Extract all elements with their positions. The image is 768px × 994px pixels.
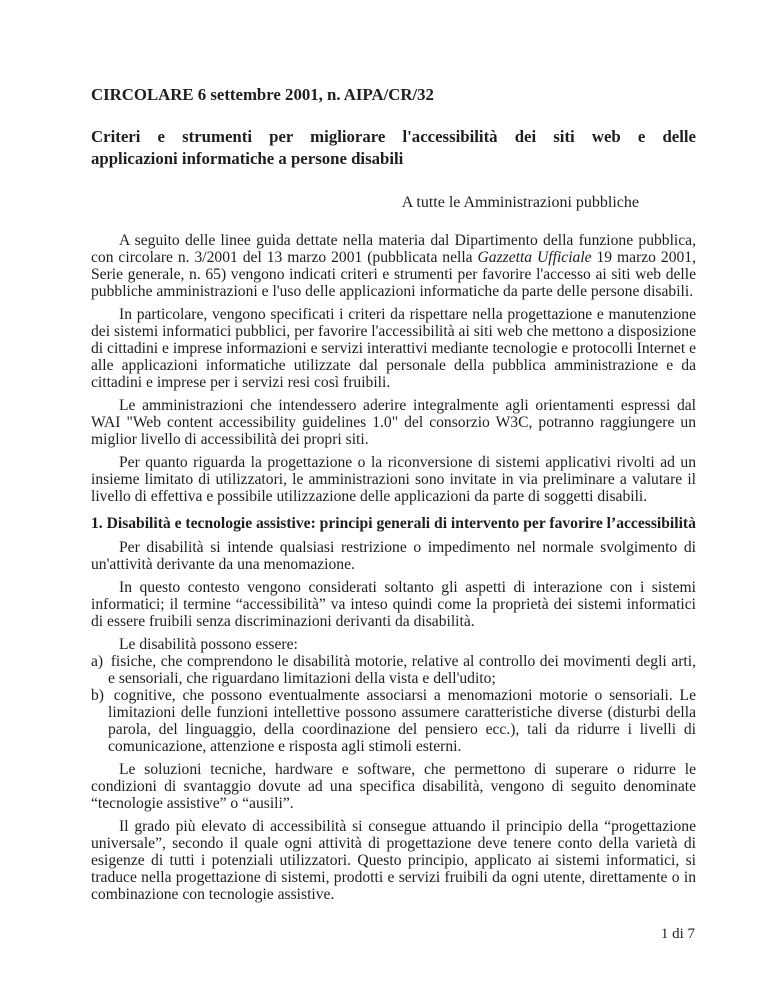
list-marker-b: b): [91, 687, 107, 704]
disability-list-item-b: b) cognitive, che possono eventualmente …: [91, 687, 696, 755]
document-title: CIRCOLARE 6 settembre 2001, n. AIPA/CR/3…: [91, 84, 696, 106]
gazzetta-ufficiale-italic: Gazzetta Ufficiale: [478, 249, 592, 266]
document-subtitle-line-1: Criteri e strumenti per migliorare l'acc…: [91, 126, 696, 148]
section-1-paragraph-5: Il grado più elevato di accessibilità si…: [91, 818, 696, 903]
section-1-paragraph-2: In questo contesto vengono considerati s…: [91, 579, 696, 630]
document-subtitle-line-2: applicazioni informatiche a persone disa…: [91, 148, 696, 170]
section-1-heading: 1. Disabilità e tecnologie assistive: pr…: [91, 515, 696, 533]
intro-paragraph-3: Le amministrazioni che intendessero ader…: [91, 397, 696, 448]
intro-paragraph-1: A seguito delle linee guida dettate nell…: [91, 232, 696, 300]
document-subtitle: Criteri e strumenti per migliorare l'acc…: [91, 126, 696, 170]
document-page: CIRCOLARE 6 settembre 2001, n. AIPA/CR/3…: [0, 0, 768, 994]
list-item-a-text: fisiche, che comprendono le disabilità m…: [108, 653, 696, 687]
section-1-paragraph-4: Le soluzioni tecniche, hardware e softwa…: [91, 761, 696, 812]
intro-paragraph-2: In particolare, vengono specificati i cr…: [91, 306, 696, 391]
page-number: 1 di 7: [661, 926, 695, 943]
list-marker-a: a): [91, 653, 106, 670]
intro-paragraph-4: Per quanto riguarda la progettazione o l…: [91, 454, 696, 505]
list-item-b-text: cognitive, che possono eventualmente ass…: [108, 687, 696, 755]
section-1-paragraph-1: Per disabilità si intende qualsiasi rest…: [91, 539, 696, 573]
section-1-paragraph-3: Le disabilità possono essere:: [91, 636, 696, 653]
disability-list-item-a: a) fisiche, che comprendono le disabilit…: [91, 653, 696, 687]
recipient-line: A tutte le Amministrazioni pubbliche: [91, 192, 639, 214]
